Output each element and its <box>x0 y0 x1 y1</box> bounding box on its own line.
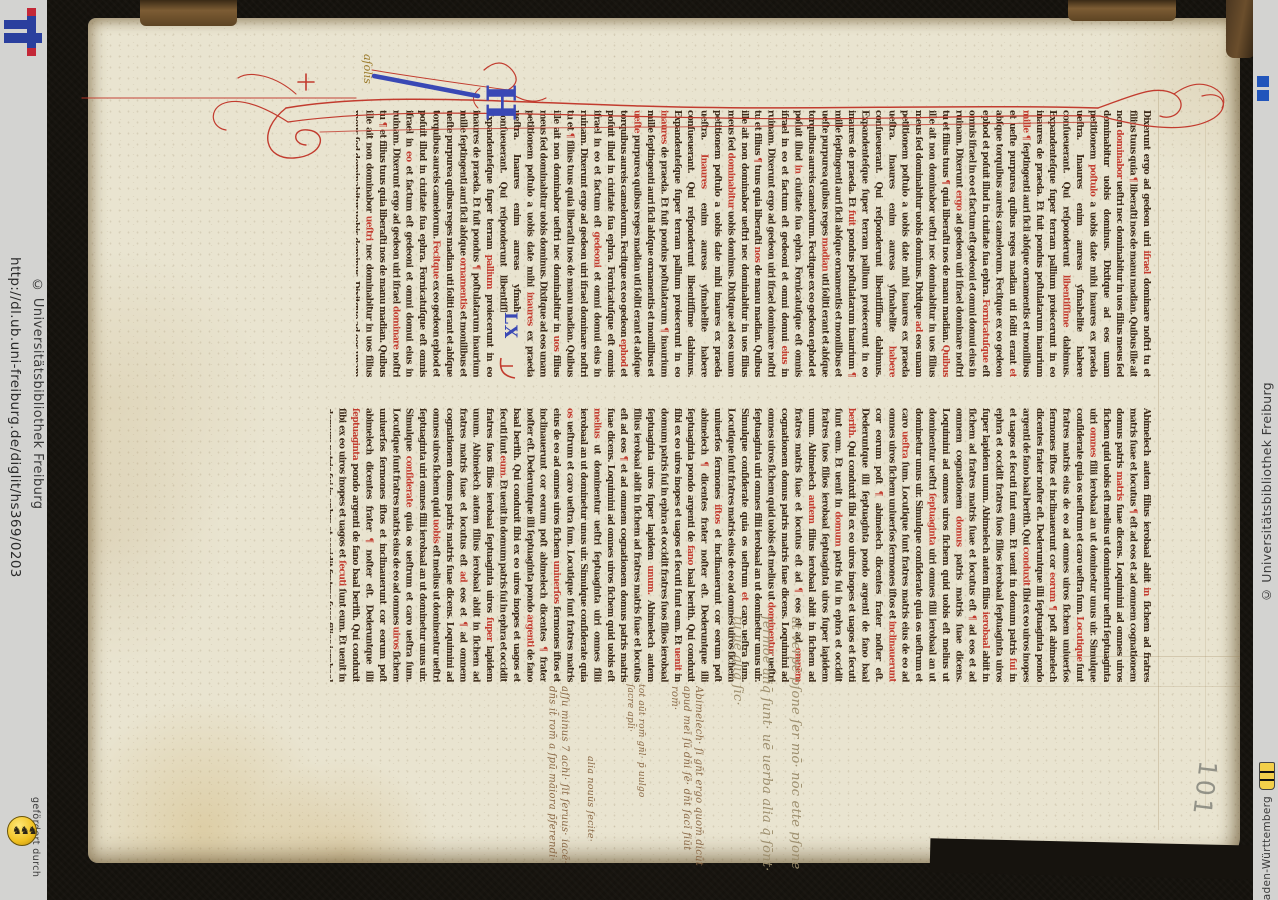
text-column-1: Dixerunt ergo ad gedeon uiri iſrael domi… <box>356 110 1152 377</box>
library-logo-square <box>27 48 36 56</box>
page-crease-vertical <box>1158 90 1159 830</box>
baden-wuerttemberg-arms <box>1259 762 1275 790</box>
book-edge-top-right <box>1068 0 1176 21</box>
gloss-d: alia nouūs ſecite· <box>556 756 596 872</box>
copyright-right: © Universitätsbibliothek Freiburg <box>1259 382 1274 602</box>
library-logo-bar <box>4 20 36 29</box>
illuminated-initial-letter: H <box>476 83 523 121</box>
book-edge-top-left <box>140 0 237 26</box>
right-strip-square <box>1257 90 1269 101</box>
chapter-numeral-flourish <box>496 356 520 382</box>
page-crease-vertical-2 <box>1205 120 1206 810</box>
copyright-left: © Universitätsbibliothek Freiburg <box>30 278 45 509</box>
library-logo-square <box>27 8 36 16</box>
funder-logo: ♞♞♞ <box>7 816 37 846</box>
illuminated-initial: H <box>474 82 526 122</box>
sidebar-left: http://dl.ub.uni-freiburg.de/diglit/hs36… <box>0 0 47 900</box>
document-url: http://dl.ub.uni-freiburg.de/diglit/hs36… <box>7 257 23 578</box>
chapter-numeral-text: LX <box>500 312 520 339</box>
right-strip-square <box>1257 76 1269 87</box>
margin-note-top: aſolis <box>344 54 374 108</box>
funder-logo-mark: ♞♞♞ <box>12 824 36 837</box>
chapter-numeral: LX <box>494 312 524 382</box>
gloss-a: tot aūt rom̄ gn̄l· p̄ uulgo ſacre apl̄i· <box>600 684 646 812</box>
library-logo-bar <box>4 33 42 43</box>
region-label: Baden-Württemberg <box>1261 796 1273 900</box>
page-crease-horizontal-2 <box>1020 686 1240 687</box>
book-edge-corner <box>1226 0 1256 58</box>
library-logo <box>2 8 46 60</box>
gloss-b: Abimelech· ſi gn̄t ergo quom̄ dicūt apud… <box>644 686 704 866</box>
